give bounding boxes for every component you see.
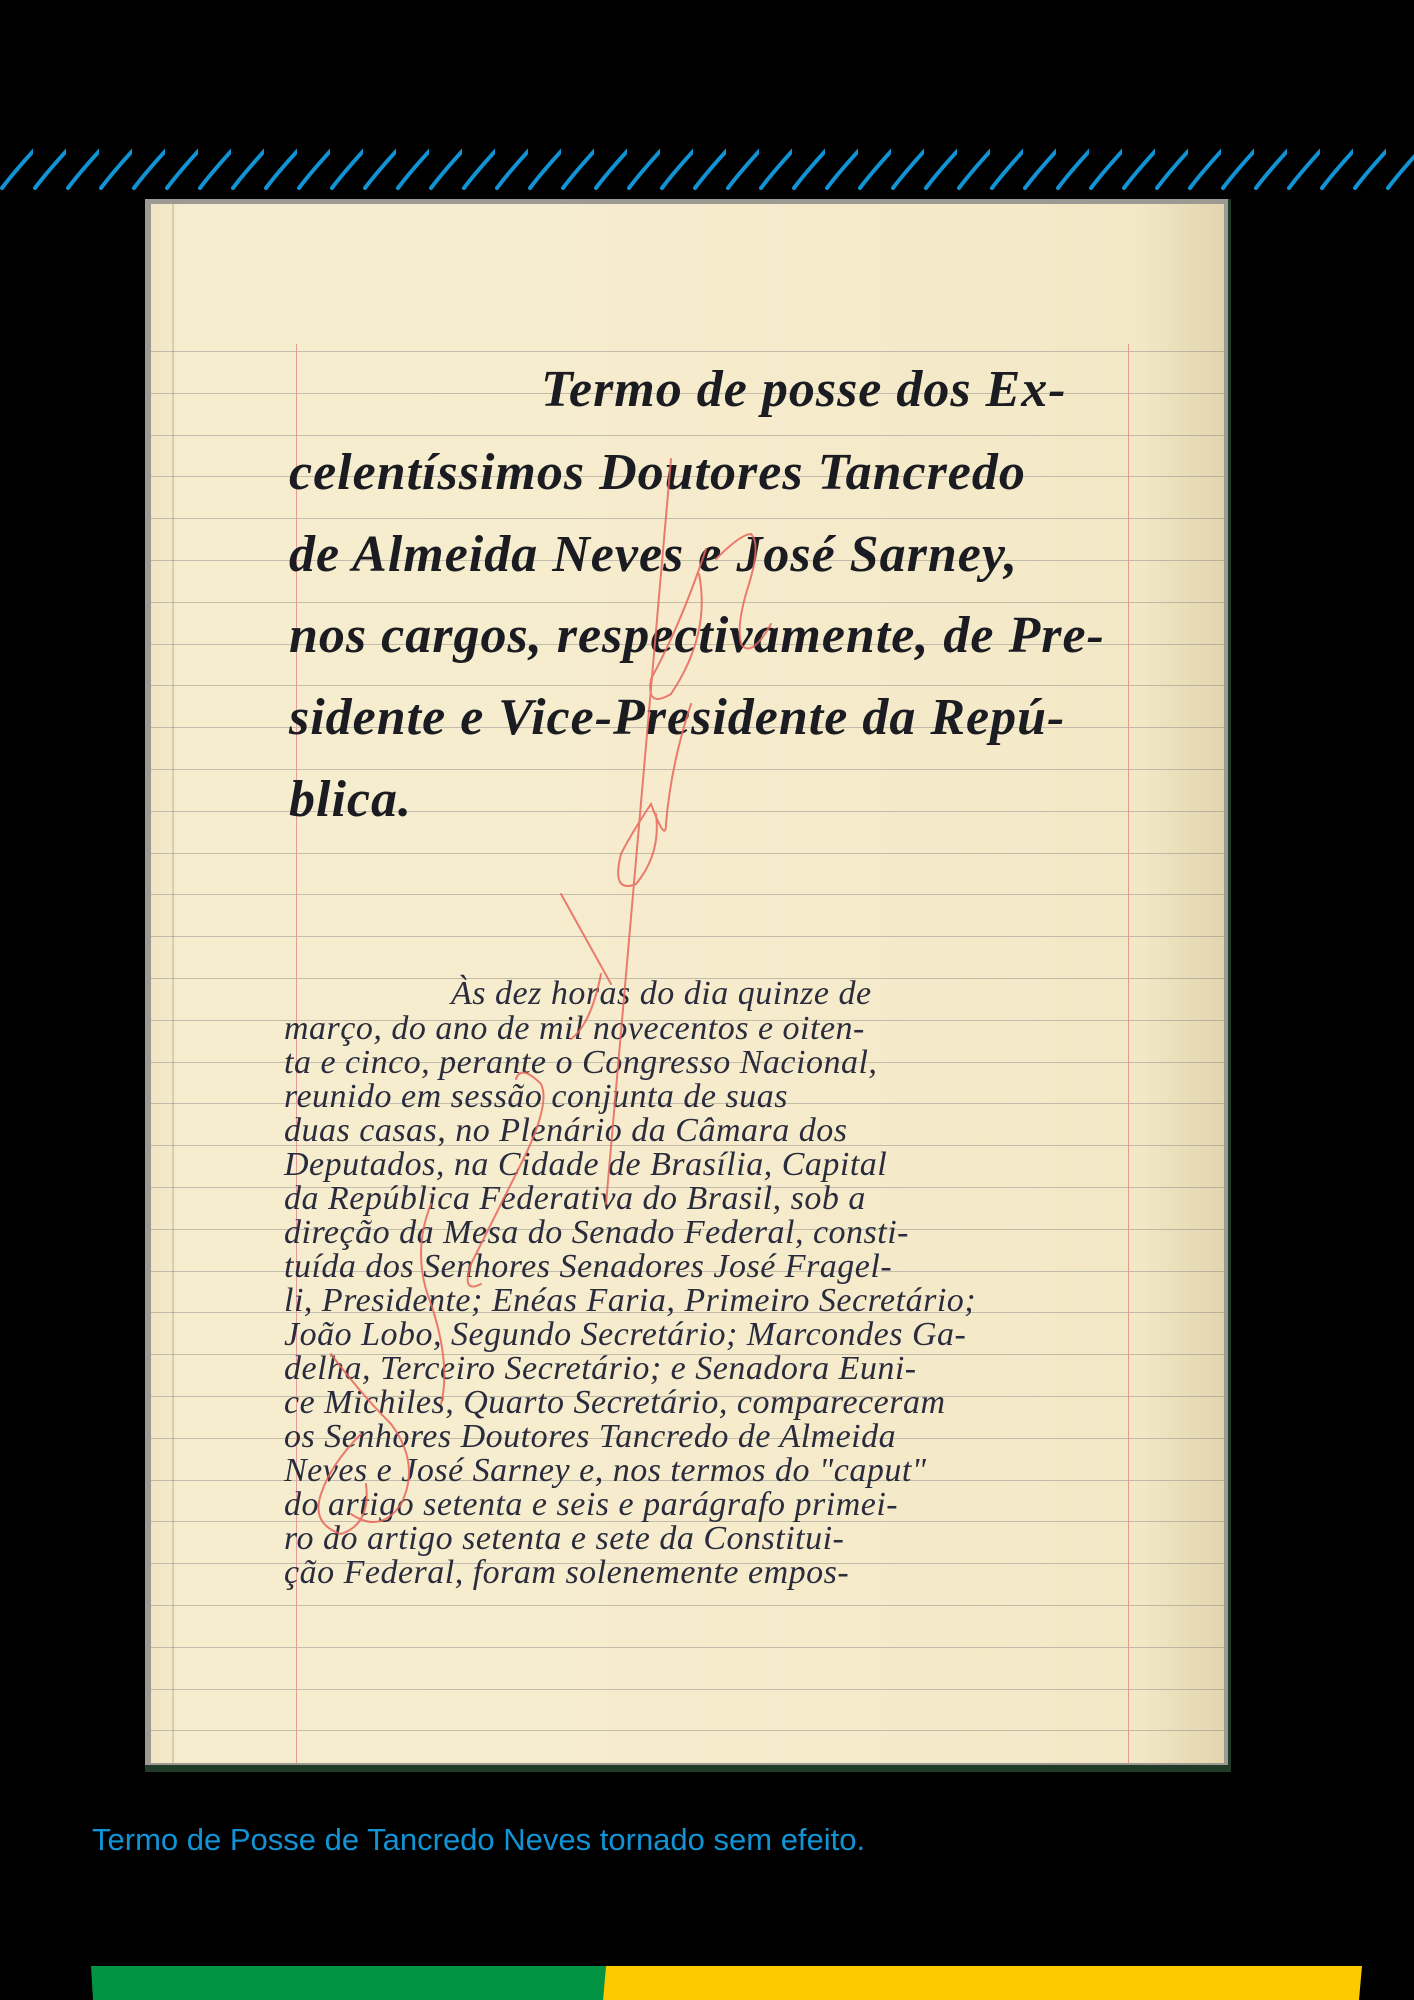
ruled-line	[151, 685, 1224, 686]
body-line: duas casas, no Plenário da Câmara dos	[284, 1114, 847, 1148]
body-line: delha, Terceiro Secretário; e Senadora E…	[284, 1352, 917, 1386]
green-bar	[91, 1966, 606, 2000]
ruled-line	[151, 1689, 1224, 1690]
body-line: ro do artigo setenta e sete da Constitui…	[284, 1522, 844, 1556]
body-line: março, do ano de mil novecentos e oiten-	[284, 1012, 865, 1046]
body-line: direção da Mesa do Senado Federal, const…	[284, 1216, 909, 1250]
body-line: os Senhores Doutores Tancredo de Almeida	[284, 1420, 896, 1454]
ruled-line	[151, 1605, 1224, 1606]
body-line: Neves e José Sarney e, nos termos do "ca…	[284, 1454, 927, 1488]
body-line: João Lobo, Segundo Secretário; Marcondes…	[284, 1318, 966, 1352]
heading-line: Termo de posse dos Ex-	[541, 364, 1067, 416]
flag-color-bar	[0, 1966, 1414, 2000]
heading-line: blica.	[289, 774, 412, 826]
ruled-line	[151, 853, 1224, 854]
hatch-pattern-icon	[0, 146, 1414, 190]
ruled-line	[151, 936, 1224, 937]
page-crease	[172, 204, 174, 1763]
heading-line: nos cargos, respectivamente, de Pre-	[289, 610, 1105, 662]
ruled-line	[151, 435, 1224, 436]
body-line: Deputados, na Cidade de Brasília, Capita…	[284, 1148, 887, 1182]
decorative-hatch-band	[0, 146, 1414, 190]
heading-line: celentíssimos Doutores Tancredo	[289, 447, 1026, 499]
ruled-line	[151, 894, 1224, 895]
ruled-line	[151, 518, 1224, 519]
image-caption: Termo de Posse de Tancredo Neves tornado…	[92, 1822, 865, 1858]
body-line: Às dez horas do dia quinze de	[451, 977, 872, 1011]
body-line: da República Federativa do Brasil, sob a	[284, 1182, 866, 1216]
ruled-line	[151, 1647, 1224, 1648]
ruled-line	[151, 1730, 1224, 1731]
page-frame: Termo de posse dos Ex- celentíssimos Dou…	[145, 199, 1228, 1765]
heading-line: de Almeida Neves e José Sarney,	[289, 529, 1018, 581]
ruled-line	[151, 602, 1224, 603]
right-margin-line	[1128, 344, 1129, 1763]
body-line: ta e cinco, perante o Congresso Nacional…	[284, 1046, 877, 1080]
body-line: reunido em sessão conjunta de suas	[284, 1080, 788, 1114]
body-line: ção Federal, foram solenemente empos-	[284, 1556, 849, 1590]
document-scan: Termo de posse dos Ex- celentíssimos Dou…	[145, 199, 1231, 1772]
body-line: do artigo setenta e seis e parágrafo pri…	[284, 1488, 898, 1522]
body-line: tuída dos Senhores Senadores José Fragel…	[284, 1250, 892, 1284]
ruled-line	[151, 351, 1224, 352]
body-line: ce Michiles, Quarto Secretário, comparec…	[284, 1386, 946, 1420]
ruled-line	[151, 769, 1224, 770]
yellow-bar	[603, 1966, 1362, 2000]
body-line: li, Presidente; Enéas Faria, Primeiro Se…	[284, 1284, 976, 1318]
heading-line: sidente e Vice-Presidente da Repú-	[289, 692, 1065, 744]
ledger-page: Termo de posse dos Ex- celentíssimos Dou…	[151, 204, 1224, 1763]
